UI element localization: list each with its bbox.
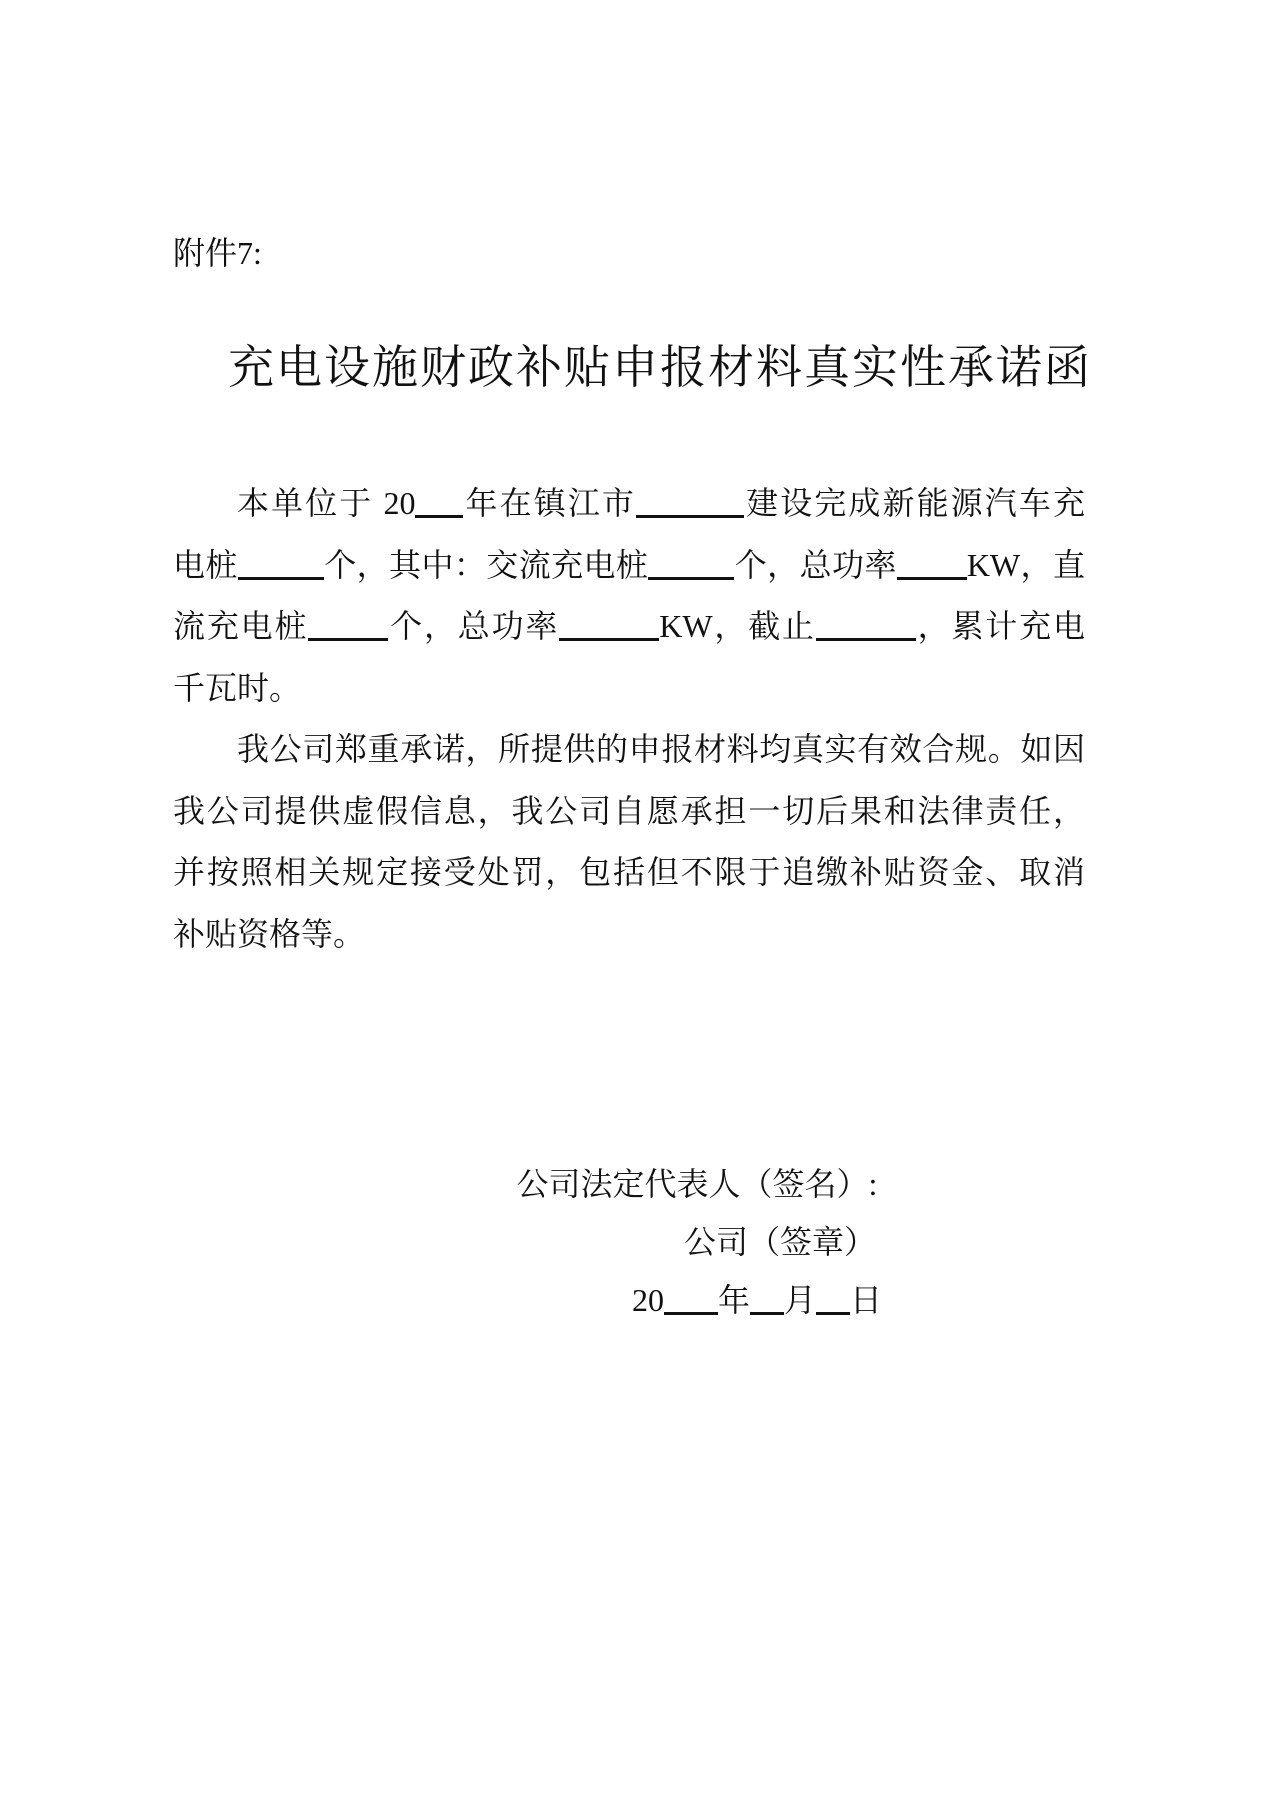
attachment-label: 附件7:	[173, 231, 262, 275]
fill-in-blank	[415, 515, 463, 518]
document-body: 本单位于 20年在镇江市建设完成新能源汽车充 电桩个，其中：交流充电桩个，总功率…	[173, 473, 1085, 965]
fill-in-blank	[636, 515, 744, 518]
signature-block: 公司法定代表人（签名）: 公司（签章） 20年月日	[173, 1155, 1085, 1329]
fill-in-blank	[648, 577, 734, 580]
body-line: 电桩个，其中：交流充电桩个，总功率KW，直	[173, 535, 1085, 597]
fill-in-blank	[897, 577, 967, 580]
signature-row: 公司法定代表人（签名）:	[173, 1155, 1085, 1213]
body-line: 我公司郑重承诺，所提供的申报材料均真实有效合规。如因	[173, 719, 1085, 781]
legal-representative-signature-line: 公司法定代表人（签名）:	[517, 1155, 878, 1213]
fill-in-blank	[750, 1312, 784, 1315]
fill-in-blank	[664, 1312, 718, 1315]
fill-in-blank	[308, 638, 388, 641]
fill-in-blank	[559, 638, 659, 641]
document-page: 附件7: 充电设施财政补贴申报材料真实性承诺函 本单位于 20年在镇江市建设完成…	[0, 0, 1273, 1800]
date-line: 20年月日	[632, 1271, 882, 1329]
body-line: 我公司提供虚假信息，我公司自愿承担一切后果和法律责任，	[173, 781, 1085, 843]
fill-in-blank	[238, 577, 324, 580]
body-line: 并按照相关规定接受处罚，包括但不限于追缴补贴资金、取消	[173, 842, 1085, 904]
signature-row: 公司（签章）	[173, 1213, 1085, 1271]
fill-in-blank	[816, 638, 916, 641]
body-line: 本单位于 20年在镇江市建设完成新能源汽车充	[173, 473, 1085, 535]
fill-in-blank	[816, 1312, 850, 1315]
body-line: 流充电桩个，总功率KW，截止，累计充电	[173, 596, 1085, 658]
company-seal-line: 公司（签章）	[684, 1213, 876, 1271]
document-title: 充电设施财政补贴申报材料真实性承诺函	[47, 338, 1273, 398]
signature-row: 20年月日	[173, 1271, 1085, 1329]
body-line: 补贴资格等。	[173, 904, 1085, 966]
body-line: 千瓦时。	[173, 658, 1085, 720]
